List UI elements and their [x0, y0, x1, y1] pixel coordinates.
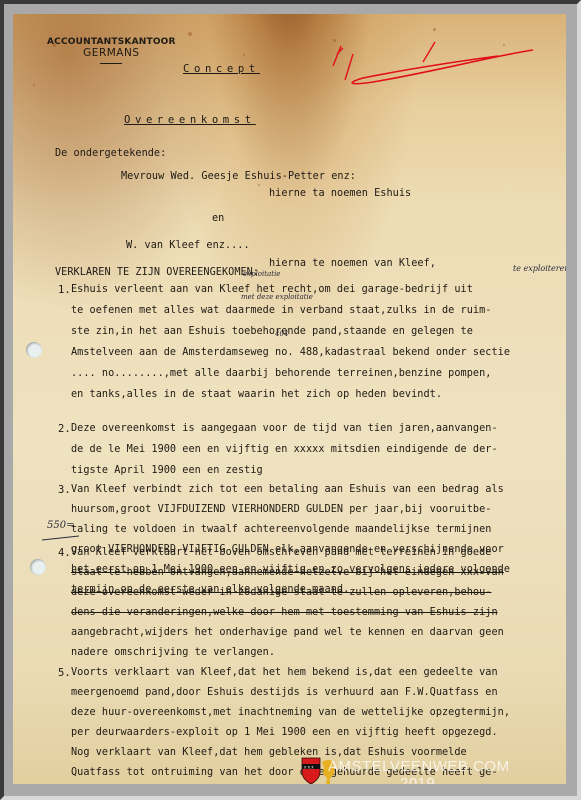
article-5-line: Voorts verklaart van Kleef,dat het hem b…	[71, 667, 498, 678]
article-4-line: nadere omschrijving te verlangen.	[71, 647, 275, 658]
article-number: 3.	[58, 484, 71, 496]
letterhead: ACCOUNTANTSKANTOOR GERMANS	[47, 37, 176, 64]
article-4-line: dens die veranderingen,welke door hem me…	[71, 607, 498, 618]
article-1-line: en tanks,alles in de staat waarin het zi…	[71, 389, 442, 400]
article-3-line: taling te voldoen in twaalf achtereenvol…	[71, 524, 491, 535]
document-title: Overeenkomst	[124, 114, 256, 126]
article-5-line: meergenoemd pand,door Eshuis destijds is…	[71, 687, 498, 698]
concept-label: Concept	[183, 63, 260, 75]
article-4-line: aangebracht,wijders het onderhavige pand…	[71, 627, 504, 638]
svg-text:x x x: x x x	[304, 765, 314, 770]
article-1-line: .... no........,met alle daarbij behoren…	[71, 368, 491, 379]
watermark-site: AMSTELVEENWEB.COM	[328, 758, 510, 775]
stain	[243, 54, 245, 56]
declaration-heading: VERKLAREN TE ZIJN OVEREENGEKOMEN:	[55, 267, 259, 278]
handwritten-exploitatie: exploitatie	[243, 270, 280, 278]
stain	[433, 28, 436, 31]
article-number: 2.	[58, 423, 71, 435]
article-number: 1.	[58, 284, 71, 296]
article-2-line: tigste April 1900 een en zestig	[71, 465, 263, 476]
stain	[188, 32, 192, 36]
article-number: 4.	[58, 547, 71, 559]
article-1-line: Eshuis verleent aan van Kleef het recht,…	[71, 284, 473, 295]
article-1-line: te oefenen met alles wat daarmede in ver…	[71, 305, 491, 316]
conjunction: en	[212, 213, 224, 224]
red-pencil-mark	[313, 34, 543, 94]
article-1-line: ste zin,in het aan Eshuis toebehorende p…	[71, 326, 473, 337]
party1-alias: hierne ta noemen Eshuis	[269, 188, 411, 199]
stain	[258, 184, 260, 186]
party2-alias: hierna te noemen van Kleef,	[269, 258, 436, 269]
document-page: ACCOUNTANTSKANTOOR GERMANS Concept Overe…	[13, 14, 566, 784]
article-5-line: deze huur-overeenkomst,met inachtneming …	[71, 707, 510, 718]
intro-text: De ondergetekende:	[55, 148, 166, 159]
article-number: 5.	[58, 667, 71, 679]
handwritten-te-exploiteren: te exploiteren	[513, 264, 566, 273]
article-3-line: Van Kleef verbindt zich tot een betaling…	[71, 484, 504, 495]
article-3-line: huursom,groot VIJFDUIZEND VIERHONDERD GU…	[71, 504, 491, 515]
watermark-year: 2019	[400, 775, 435, 784]
stain	[33, 84, 35, 86]
article-2-line: Deze overeenkomst is aangegaan voor de t…	[71, 423, 498, 434]
article-4-line: deze overeenkomst weder in zodanige staa…	[71, 587, 491, 598]
article-4-line: staat te hebben ontvangen,aannemende het…	[71, 567, 504, 578]
article-5-line: Nog verklaart van Kleef,dat hem gebleken…	[71, 747, 467, 758]
article-1-line: Amstelveen aan de Amsterdamseweg no. 488…	[71, 347, 510, 358]
article-2-line: de de le Mei 1900 een en vijftig en xxxx…	[71, 444, 498, 455]
letterhead-rule	[100, 63, 122, 64]
party1-name: Mevrouw Wed. Geesje Eshuis-Petter enz:	[121, 171, 356, 182]
letterhead-name: GERMANS	[47, 47, 176, 59]
punch-hole	[26, 342, 42, 358]
party2-name: W. van Kleef enz....	[126, 240, 250, 251]
letterhead-company: ACCOUNTANTSKANTOOR	[47, 37, 176, 47]
article-4-line: Van Kleef verklaart het boven omschreven…	[71, 547, 491, 558]
article-5-line: per deurwaarders-exploit op 1 Mei 1900 e…	[71, 727, 498, 738]
punch-hole	[30, 559, 46, 575]
handwritten-underline	[41, 534, 81, 542]
